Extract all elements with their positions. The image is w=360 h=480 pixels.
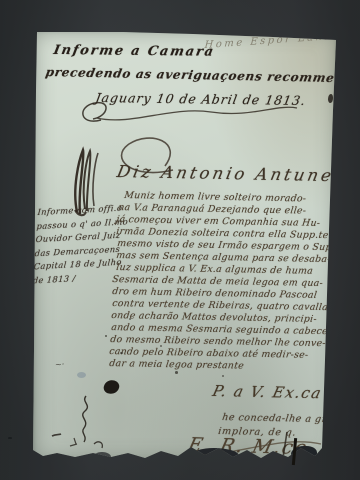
body-line: dar a meia legoa prestante xyxy=(109,358,245,372)
paper-sheet: Informe a Camara precedendo as averiguaç… xyxy=(33,30,337,462)
despacho-line-2: precedendo as averiguaçoens recommendada… xyxy=(44,65,360,86)
check-mark: ~· xyxy=(55,360,64,369)
background-speck xyxy=(8,437,12,439)
paper-speck xyxy=(120,352,123,354)
paper-speck xyxy=(160,345,162,347)
paper-speck xyxy=(129,318,131,320)
paper-speck xyxy=(333,283,339,286)
closing-line-1: P. a V. Ex.ca pede q xyxy=(211,382,360,404)
paper-speck xyxy=(105,335,107,337)
closing-line-2: he conceda-lhe a graça q xyxy=(221,412,355,426)
edge-damage xyxy=(193,448,239,462)
pencil-note: Home Espor Lani xyxy=(204,31,330,51)
manuscript-scan: Informe a Camara precedendo as averiguaç… xyxy=(0,0,360,480)
scribble-marks xyxy=(50,392,120,454)
edge-damage xyxy=(93,452,111,462)
ink-splotch xyxy=(328,94,333,103)
date-underline-flourish xyxy=(71,96,301,126)
petition-heading: Diz Antonio Antunes xyxy=(115,162,347,185)
paper-speck xyxy=(175,371,178,374)
paper-speck xyxy=(222,375,224,377)
despacho-line-1: Informe a Camara xyxy=(52,43,216,60)
blue-stain xyxy=(77,372,86,378)
